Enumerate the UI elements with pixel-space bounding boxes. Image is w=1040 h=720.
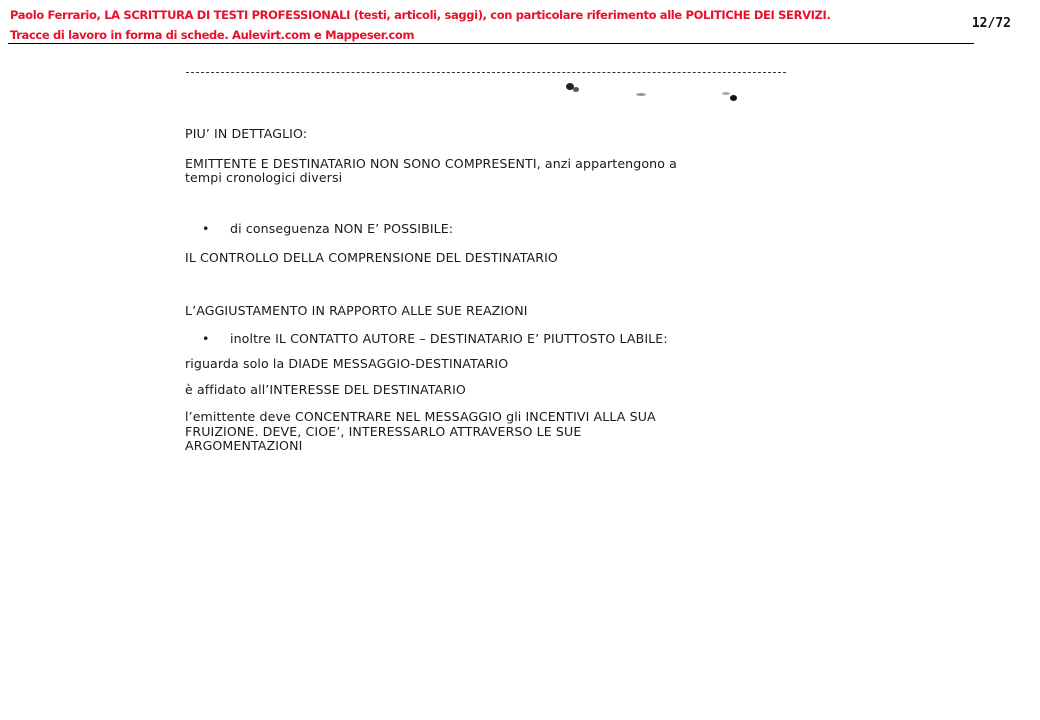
bullet-icon: • (202, 221, 209, 236)
ink-smudge (722, 92, 730, 95)
bullet-icon: • (202, 331, 209, 346)
ink-smudge (730, 95, 737, 101)
section-heading: PIU’ IN DETTAGLIO: (185, 126, 307, 141)
page-number: 12/72 (972, 16, 1011, 31)
list-item: L’AGGIUSTAMENTO IN RAPPORTO ALLE SUE REA… (185, 303, 528, 318)
list-item: riguarda solo la DIADE MESSAGGIO-DESTINA… (185, 356, 508, 371)
paragraph-line: tempi cronologici diversi (185, 170, 342, 185)
ink-smudge (636, 93, 646, 96)
paragraph-line: FRUIZIONE. DEVE, CIOE’, INTERESSARLO ATT… (185, 424, 581, 439)
header-title: Paolo Ferrario, LA SCRITTURA DI TESTI PR… (10, 8, 831, 22)
paragraph-line: EMITTENTE E DESTINATARIO NON SONO COMPRE… (185, 156, 677, 171)
list-item: è affidato all’INTERESSE DEL DESTINATARI… (185, 382, 466, 397)
bullet-item: inoltre IL CONTATTO AUTORE – DESTINATARI… (230, 331, 668, 346)
header-divider (8, 43, 974, 44)
page-header: Paolo Ferrario, LA SCRITTURA DI TESTI PR… (0, 0, 1040, 46)
list-item: IL CONTROLLO DELLA COMPRENSIONE DEL DEST… (185, 250, 558, 265)
scanned-page: PIU’ IN DETTAGLIO: EMITTENTE E DESTINATA… (162, 56, 792, 656)
header-subtitle: Tracce di lavoro in forma di schede. Aul… (10, 28, 414, 42)
paragraph-line: l’emittente deve CONCENTRARE NEL MESSAGG… (185, 409, 656, 424)
dashed-divider (186, 72, 786, 73)
paragraph-line: ARGOMENTAZIONI (185, 438, 302, 453)
ink-smudge (573, 87, 579, 92)
bullet-item: di conseguenza NON E’ POSSIBILE: (230, 221, 453, 236)
